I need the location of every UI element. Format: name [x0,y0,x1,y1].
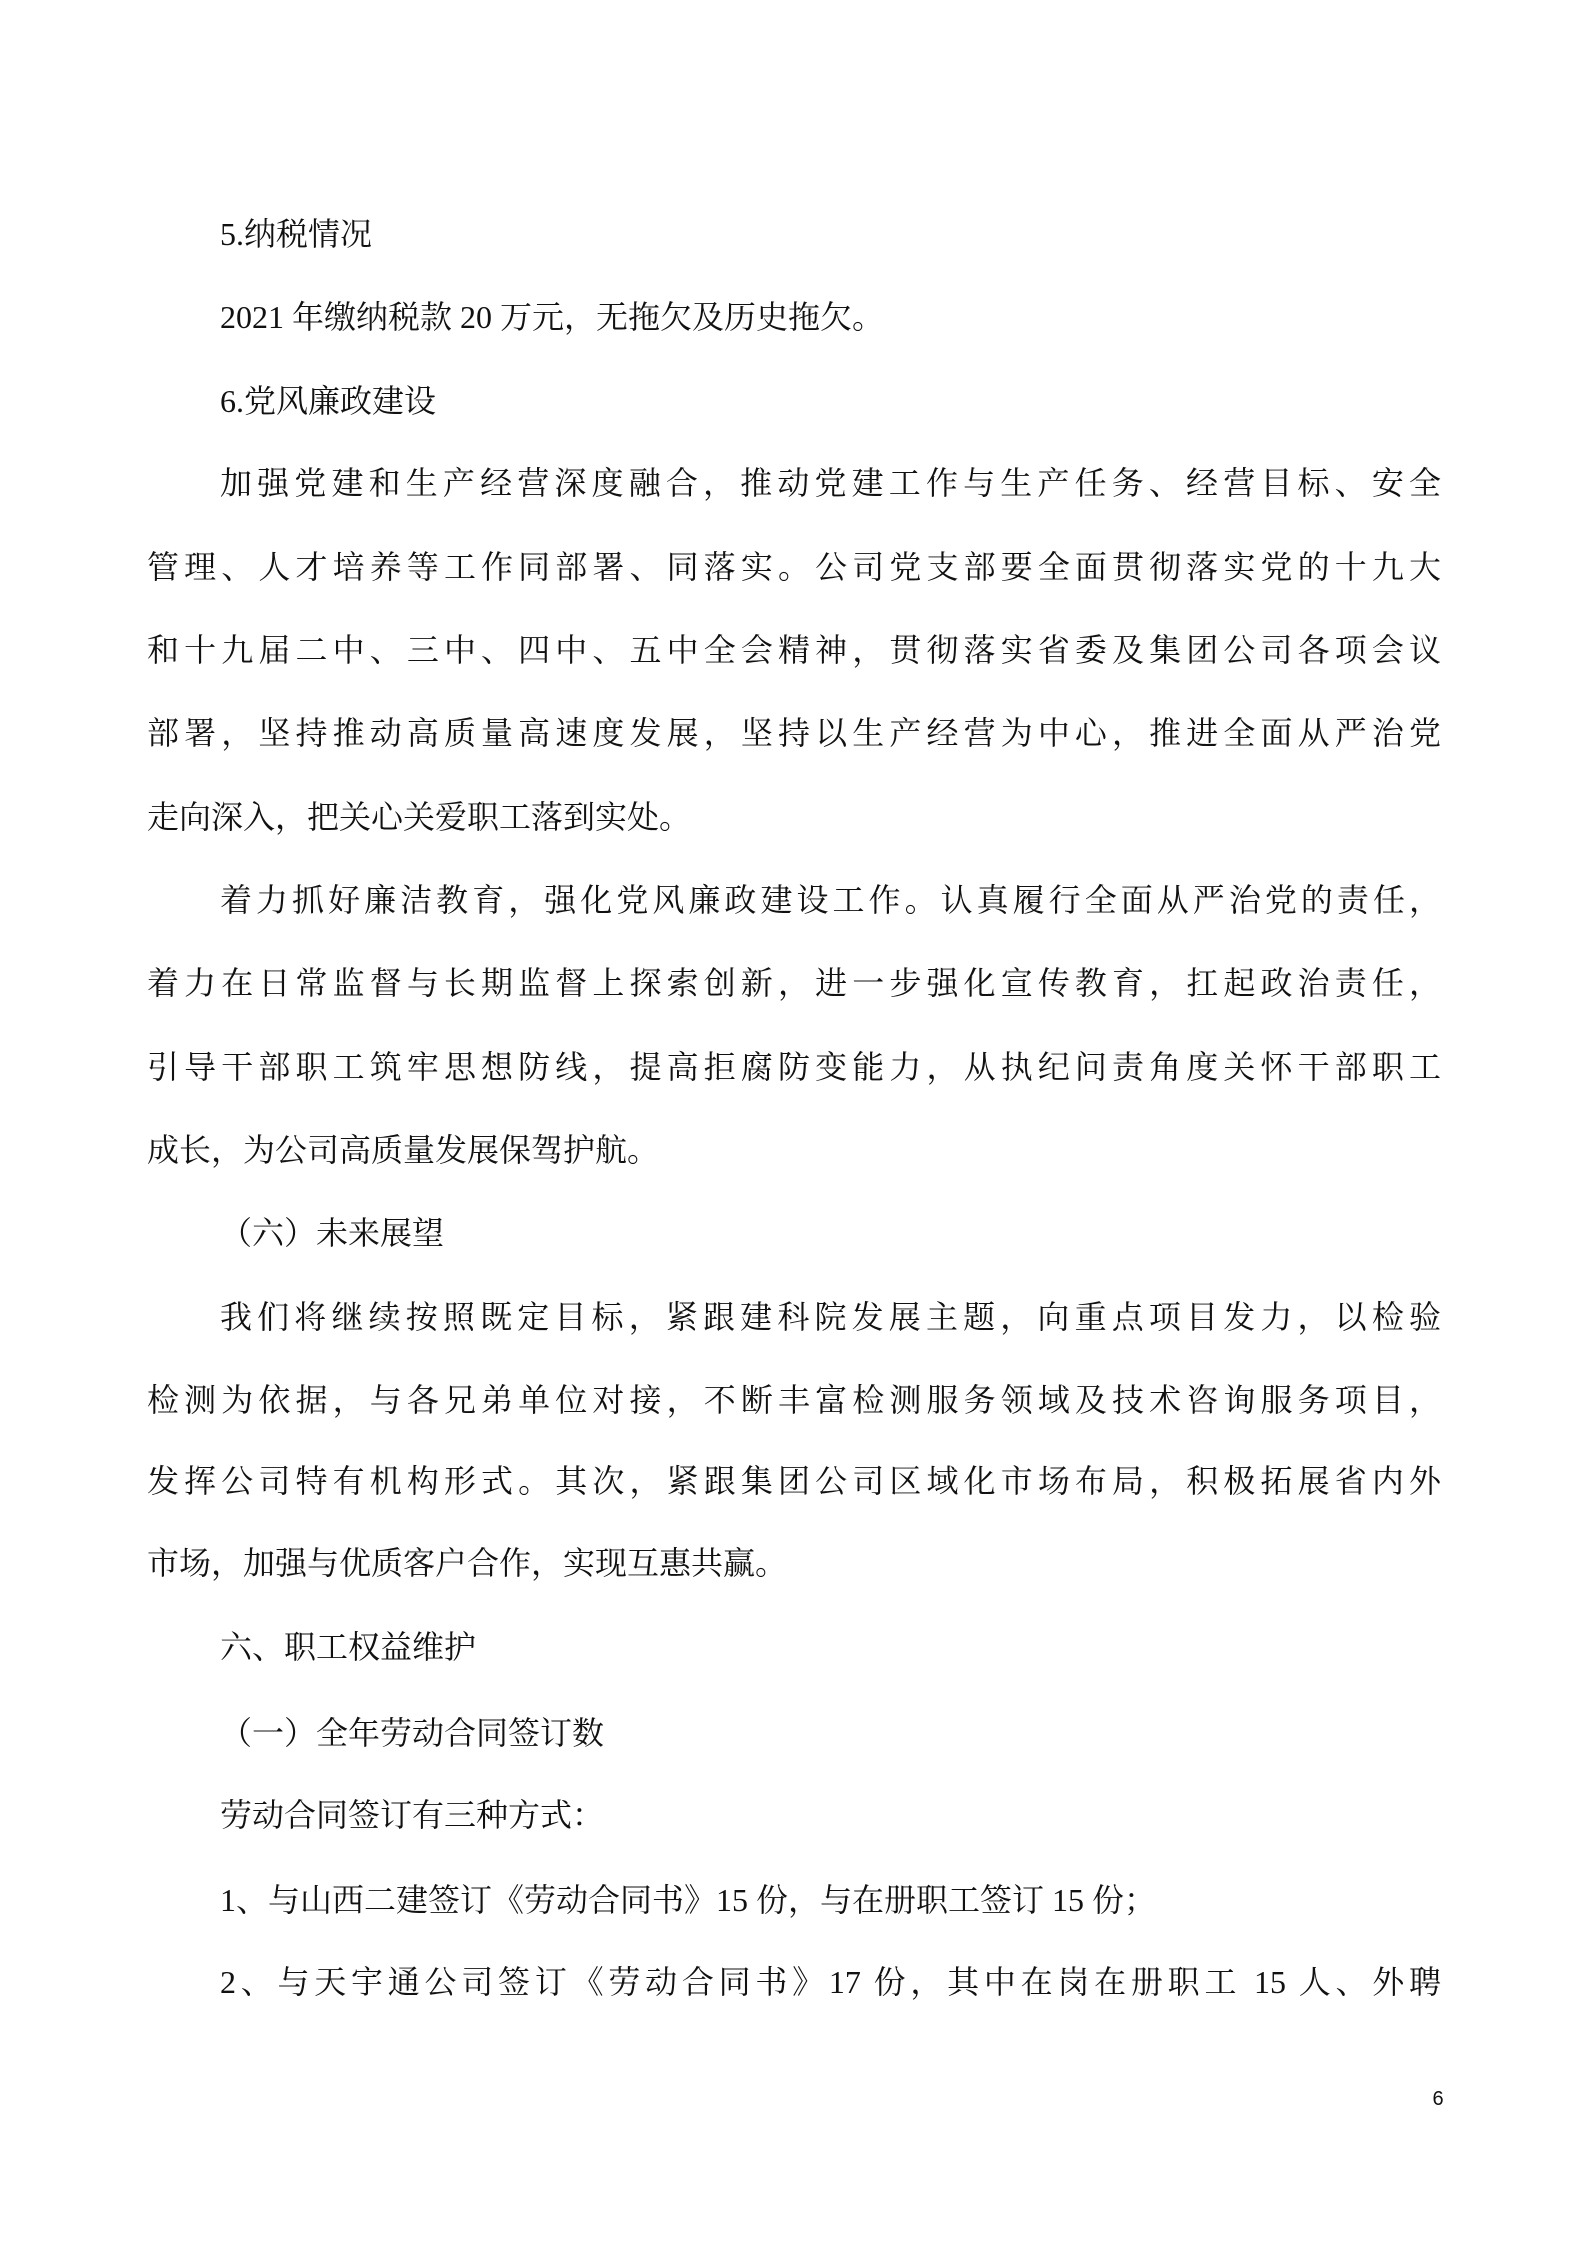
paragraph-line: 发挥公司特有机构形式。其次，紧跟集团公司区域化市场布局，积极拓展省内外 [147,1439,1441,1523]
subsection-heading-labor-contracts: （一）全年劳动合同签订数 [220,1691,1441,1775]
section-heading-employee-rights: 六、职工权益维护 [220,1605,1441,1689]
paragraph-line: 检测为依据，与各兄弟单位对接，不断丰富检测服务领域及技术咨询服务项目， [147,1358,1441,1442]
section-heading-party-conduct: 6.党风廉政建设 [220,359,1441,443]
paragraph-line: 部署，坚持推动高质量高速度发展，坚持以生产经营为中心，推进全面从严治党 [147,691,1441,775]
section-heading-outlook: （六）未来展望 [220,1191,1441,1275]
paragraph-tax: 2021 年缴纳税款 20 万元，无拖欠及历史拖欠。 [220,275,1441,359]
paragraph-line: 成长，为公司高质量发展保驾护航。 [147,1108,1441,1192]
section-heading-tax: 5.纳税情况 [220,192,1441,276]
paragraph-line: 管理、人才培养等工作同部署、同落实。公司党支部要全面贯彻落实党的十九大 [147,525,1441,609]
paragraph-line: 加强党建和生产经营深度融合，推动党建工作与生产任务、经营目标、安全 [220,441,1441,525]
document-page: 5.纳税情况 2021 年缴纳税款 20 万元，无拖欠及历史拖欠。 6.党风廉政… [0,0,1587,2245]
page-number: 6 [1428,2086,1448,2112]
paragraph-line: 引导干部职工筑牢思想防线，提高拒腐防变能力，从执纪问责角度关怀干部职工 [147,1025,1441,1109]
paragraph-line: 市场，加强与优质客户合作，实现互惠共赢。 [147,1521,1441,1605]
paragraph-line: 我们将继续按照既定目标，紧跟建科院发展主题，向重点项目发力，以检验 [220,1275,1441,1359]
paragraph-line: 和十九届二中、三中、四中、五中全会精神，贯彻落实省委及集团公司各项会议 [147,608,1441,692]
list-item: 1、与山西二建签订《劳动合同书》15 份，与在册职工签订 15 份； [220,1858,1441,1942]
paragraph-line: 着力抓好廉洁教育，强化党风廉政建设工作。认真履行全面从严治党的责任， [220,858,1441,942]
paragraph-line: 劳动合同签订有三种方式： [220,1773,1441,1857]
paragraph-line: 着力在日常监督与长期监督上探索创新，进一步强化宣传教育，扛起政治责任， [147,941,1441,1025]
paragraph-line: 走向深入，把关心关爱职工落到实处。 [147,775,1441,859]
list-item: 2、与天宇通公司签订《劳动合同书》17 份，其中在岗在册职工 15 人、外聘 [220,1940,1441,2024]
